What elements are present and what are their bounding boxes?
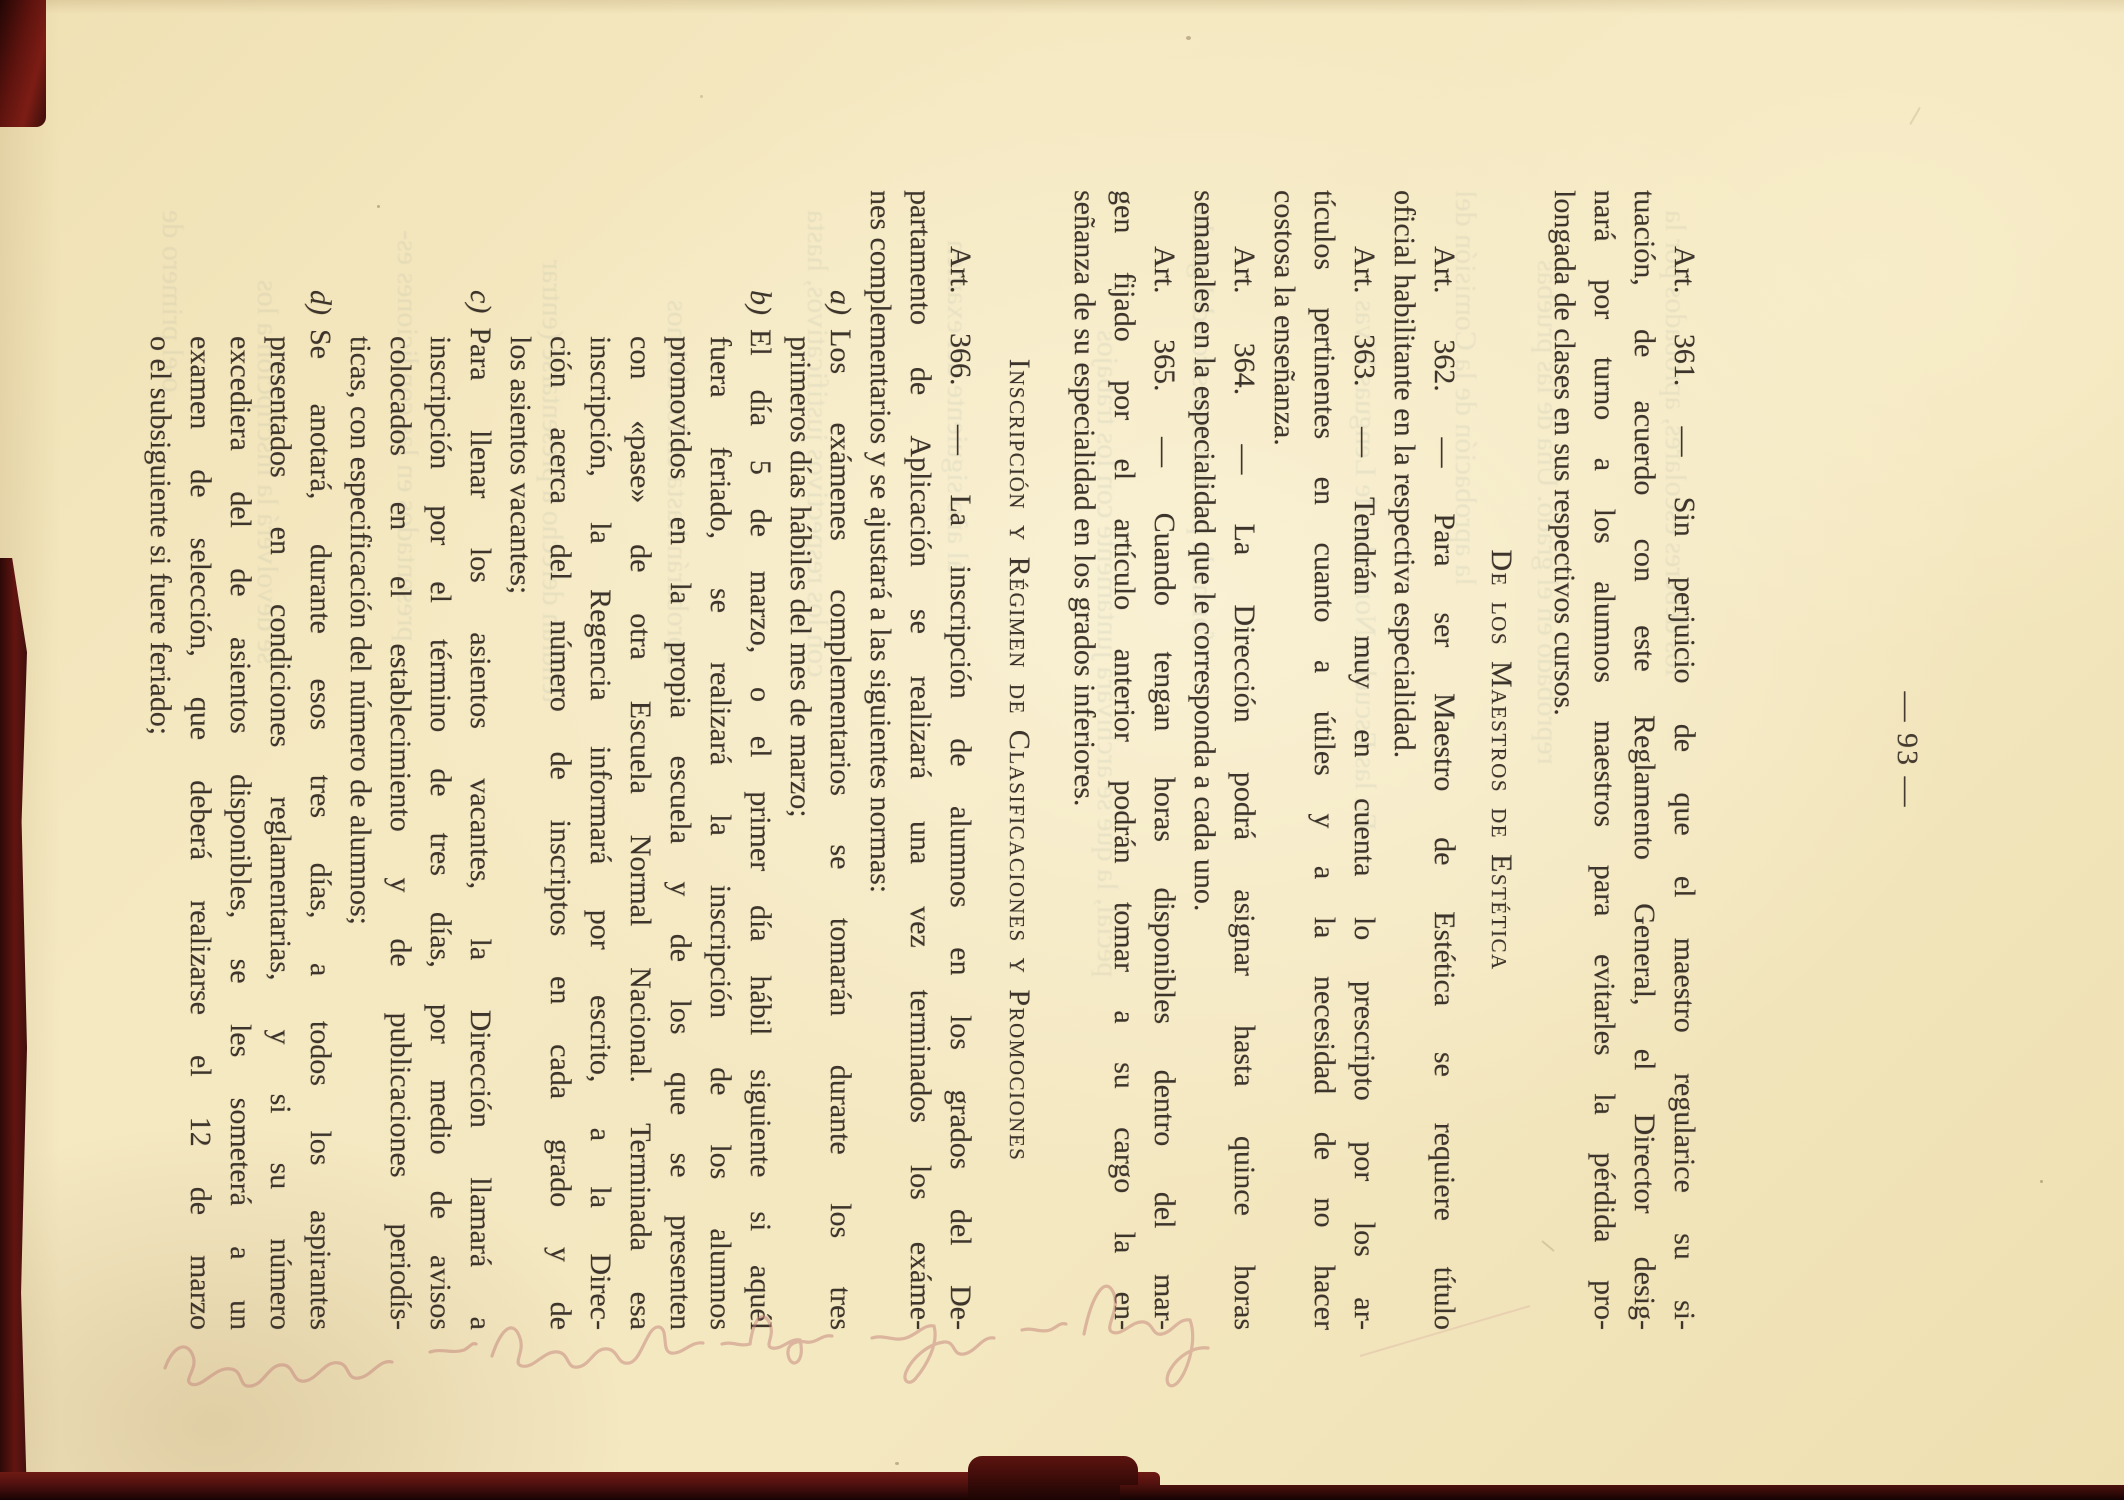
printed-line: promovidos en la propia escuela y de los… — [660, 190, 700, 1330]
printed-line: ticas, con especificación del número de … — [340, 190, 380, 1330]
printed-line: inscripción por el término de tres días,… — [420, 190, 460, 1330]
printed-line: gen fijado por el artículo anterior podr… — [1104, 190, 1144, 1330]
paper-speck — [2040, 1180, 2043, 1183]
printed-line: presentados en condiciones reglamentaria… — [260, 190, 300, 1330]
printed-line: a)Los exámenes complementarios se tomará… — [820, 190, 860, 1330]
printed-line: los asientos vacantes; — [500, 190, 540, 1330]
printed-line: oficial habilitante en la respectiva esp… — [1384, 190, 1424, 1330]
paper-page: — 93 — los deberes escolares, aprobados … — [0, 0, 2124, 1500]
paper-speck — [700, 95, 703, 98]
printed-line: longada de clases en sus respectivos cur… — [1544, 190, 1584, 1330]
printed-line: b)El día 5 de marzo, o el primer día háb… — [740, 190, 780, 1330]
printed-line: con «pase» de otra Escuela Normal Nacion… — [620, 190, 660, 1330]
paper-speck — [1186, 36, 1191, 40]
printed-line: primeros días hábiles del mes de marzo; — [780, 190, 820, 1330]
printed-line: inscripción, la Regencia informará por e… — [580, 190, 620, 1330]
printed-line: colocados en el establecimiento y de pub… — [380, 190, 420, 1330]
text-block: Art. 361. — Sin perjuicio de que el maes… — [140, 190, 1704, 1330]
printed-line: Art. 362. — Para ser Maestro de Estética… — [1424, 190, 1464, 1330]
printed-line: señanza de su especialidad en los grados… — [1064, 190, 1104, 1330]
printed-line: o el subsiguiente si fuere feriado; — [140, 190, 180, 1330]
list-marker: d) — [304, 290, 337, 315]
list-marker: b) — [744, 290, 777, 315]
list-marker: a) — [824, 290, 857, 315]
printed-line: Art. 364. — La Dirección podrá asignar h… — [1224, 190, 1264, 1330]
list-marker: c) — [464, 290, 497, 313]
scanned-book-page: — 93 — los deberes escolares, aprobados … — [0, 0, 2124, 1500]
paper-speck — [240, 640, 243, 643]
printed-line: excediera del de asientos disponibles, s… — [220, 190, 260, 1330]
section-heading: De los Maestros de Estética — [1480, 190, 1522, 1330]
printed-line: ción acerca del número de inscriptos en … — [540, 190, 580, 1330]
printed-line: tículos pertinentes en cuanto a útiles y… — [1304, 190, 1344, 1330]
printed-line: examen de selección, que deberá realizar… — [180, 190, 220, 1330]
printed-line: d)Se anotará, durante esos tres días, a … — [300, 190, 340, 1330]
printed-line: c)Para llenar los asientos vacantes, la … — [460, 190, 500, 1330]
printed-line: Art. 365. — Cuando tengan horas disponib… — [1144, 190, 1184, 1330]
printed-line: costosa la enseñanza. — [1264, 190, 1304, 1330]
printed-line: partamento de Aplicación se realizará un… — [900, 190, 940, 1330]
page-number: — 93 — — [1890, 0, 1924, 1500]
printed-line: tuación, de acuerdo con este Reglamento … — [1624, 190, 1664, 1330]
printed-line: Art. 363. — Tendrán muy en cuenta lo pre… — [1344, 190, 1384, 1330]
paper-speck — [895, 1462, 899, 1465]
section-heading: Inscripción y Régimen de Clasificaciones… — [998, 190, 1040, 1330]
printed-line: fuera feriado, se realizará la inscripci… — [700, 190, 740, 1330]
printed-line: Art. 361. — Sin perjuicio de que el maes… — [1664, 190, 1704, 1330]
printed-line: Art. 366. — La inscripción de alumnos en… — [940, 190, 980, 1330]
printed-line: semanales en la especialidad que le corr… — [1184, 190, 1224, 1330]
paper-speck — [377, 205, 380, 208]
printed-line: nes complementarios y se ajustará a las … — [860, 190, 900, 1330]
printed-line: nará por turno a los alumnos maestros pa… — [1584, 190, 1624, 1330]
